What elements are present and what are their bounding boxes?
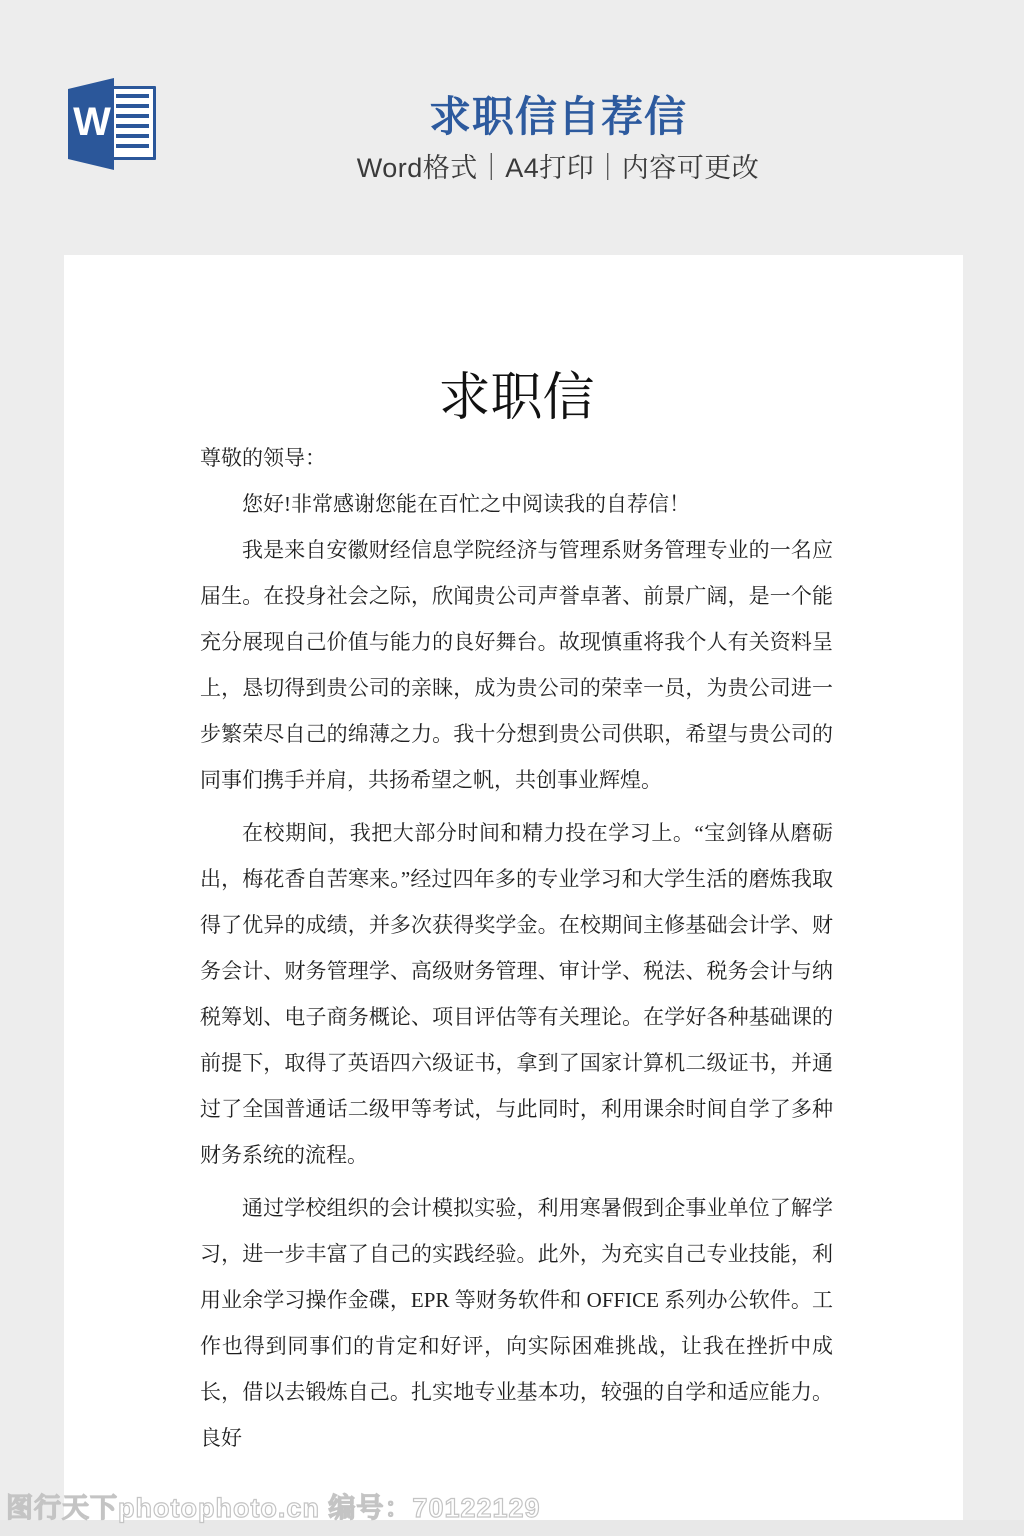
paragraph-study: 在校期间，我把大部分时间和精力投在学习上。“宝剑锋从磨砺出，梅花香自苦寒来。”经… [200, 810, 833, 1178]
paragraph-greeting: 您好!非常感谢您能在百忙之中阅读我的自荐信！ [200, 481, 833, 527]
document-body: 尊敬的领导： 您好!非常感谢您能在百忙之中阅读我的自荐信！ 我是来自安徽财经信息… [200, 435, 833, 1461]
document-title: 求职信 [200, 367, 833, 431]
document-page: 求职信 尊敬的领导： 您好!非常感谢您能在百忙之中阅读我的自荐信！ 我是来自安徽… [64, 255, 963, 1536]
template-title: 求职信自荐信 [92, 92, 1024, 142]
salutation: 尊敬的领导： [200, 435, 833, 481]
header: W 求职信自荐信 Word格式｜A4打印｜内容可更改 [0, 0, 1024, 255]
template-preview: W 求职信自荐信 Word格式｜A4打印｜内容可更改 求职信 尊敬的领导： 您好… [0, 0, 1024, 1536]
header-text: 求职信自荐信 Word格式｜A4打印｜内容可更改 [92, 0, 1024, 186]
watermark-text: 图行天下photophoto.cn 编号：70122129 [6, 1486, 541, 1525]
paragraph-practice: 通过学校组织的会计模拟实验，利用寒暑假到企事业单位了解学习，进一步丰富了自己的实… [200, 1185, 833, 1461]
paragraph-intro: 我是来自安徽财经信息学院经济与管理系财务管理专业的一名应届生。在投身社会之际，欣… [200, 527, 833, 803]
template-subtitle: Word格式｜A4打印｜内容可更改 [92, 150, 1024, 186]
